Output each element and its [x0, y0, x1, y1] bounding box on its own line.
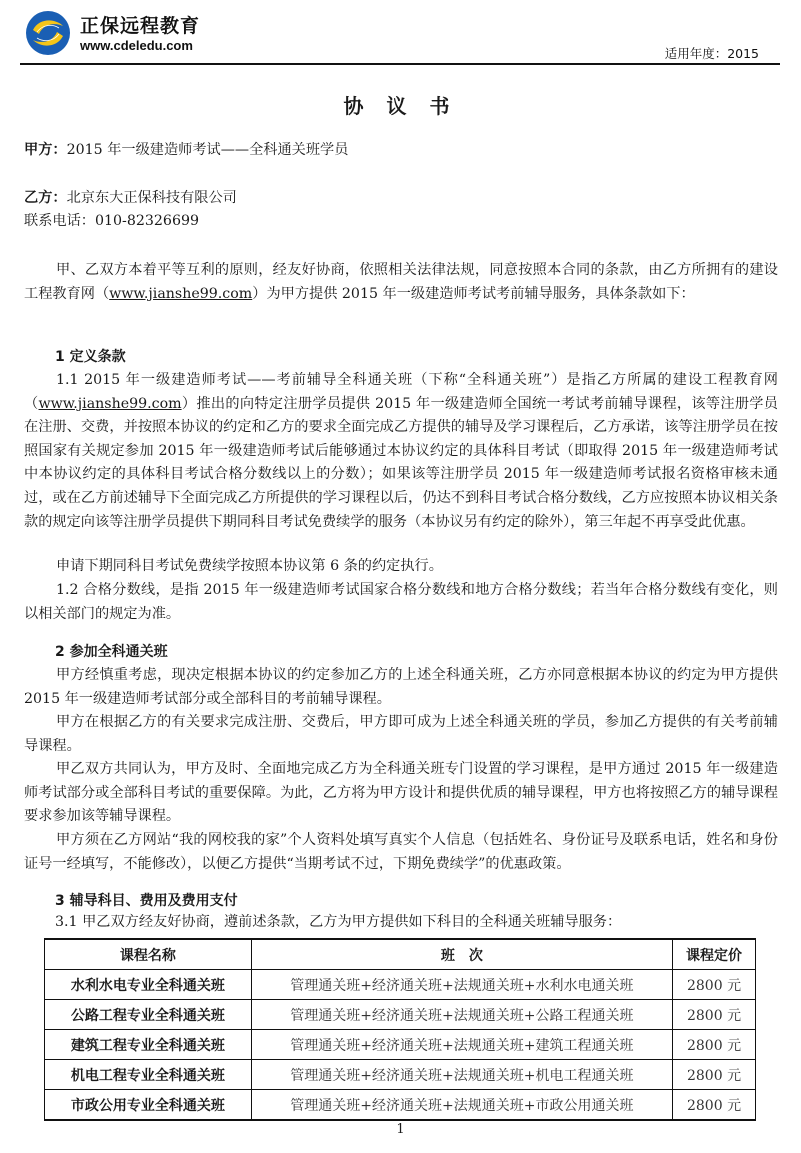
- section-3-heading: 3 辅导科目、费用及费用支付: [55, 890, 238, 910]
- section-2-p2: 甲方在根据乙方的有关要求完成注册、交费后，甲方即可成为上述全科通关班的学员，参加…: [24, 711, 778, 758]
- contact-label: 联系电话：: [24, 213, 95, 229]
- party-a-line: 甲方：2015 年一级建造师考试——全科通关班学员: [24, 138, 348, 162]
- brand-name: 正保远程教育: [80, 11, 200, 38]
- header-divider: [20, 63, 780, 65]
- col-course-name: 课程名称: [45, 939, 252, 970]
- course-price: 2800 元: [673, 1060, 756, 1090]
- course-classes: 管理通关班+经济通关班+法规通关班+水利水电通关班: [251, 970, 672, 1000]
- section-1-1-text-cont: ）推出的向特定注册学员提供 2015 年一级建造师全国统一考试考前辅导课程，该等…: [24, 396, 778, 530]
- table-header-row: 课程名称 班 次 课程定价: [45, 939, 756, 970]
- course-classes: 管理通关班+经济通关班+法规通关班+机电工程通关班: [251, 1060, 672, 1090]
- section-2-p4: 甲方须在乙方网站“我的网校我的家”个人资料处填写真实个人信息（包括姓名、身份证号…: [24, 829, 778, 876]
- intro-text-cont: ）为甲方提供 2015 年一级建造师考试考前辅导服务，具体条款如下：: [252, 286, 694, 302]
- jianshe99-link[interactable]: www.jianshe99.com: [109, 286, 252, 302]
- course-name: 公路工程专业全科通关班: [45, 1000, 252, 1030]
- course-price: 2800 元: [673, 970, 756, 1000]
- party-b-value: 北京东大正保科技有限公司: [67, 190, 237, 206]
- party-a-label: 甲方：: [24, 142, 67, 158]
- course-classes: 管理通关班+经济通关班+法规通关班+市政公用通关班: [251, 1090, 672, 1121]
- course-price: 2800 元: [673, 1030, 756, 1060]
- party-a-value: 2015 年一级建造师考试——全科通关班学员: [67, 142, 349, 158]
- section-2-p3: 甲乙双方共同认为，甲方及时、全面地完成乙方为全科通关班专门设置的学习课程，是甲方…: [24, 758, 778, 829]
- table-row: 水利水电专业全科通关班 管理通关班+经济通关班+法规通关班+水利水电通关班 28…: [45, 970, 756, 1000]
- brand-url: www.cdeledu.com: [80, 38, 193, 53]
- table-row: 公路工程专业全科通关班 管理通关班+经济通关班+法规通关班+公路工程通关班 28…: [45, 1000, 756, 1030]
- course-price: 2800 元: [673, 1090, 756, 1121]
- table-row: 建筑工程专业全科通关班 管理通关班+经济通关班+法规通关班+建筑工程通关班 28…: [45, 1030, 756, 1060]
- section-3-1-text: 3.1 甲乙双方经友好协商，遵前述条款，乙方为甲方提供如下科目的全科通关班辅导服…: [55, 910, 621, 934]
- contact-value: 010-82326699: [95, 213, 199, 229]
- course-classes: 管理通关班+经济通关班+法规通关班+公路工程通关班: [251, 1000, 672, 1030]
- course-classes: 管理通关班+经济通关班+法规通关班+建筑工程通关班: [251, 1030, 672, 1060]
- intro-paragraph: 甲、乙双方本着平等互利的原则，经友好协商，依照相关法律法规，同意按照本合同的条款…: [24, 259, 778, 306]
- course-name: 市政公用专业全科通关班: [45, 1090, 252, 1121]
- contact-line: 联系电话：010-82326699: [24, 209, 199, 233]
- page-number: 1: [0, 1122, 801, 1137]
- applicable-year: 适用年度：2015: [665, 44, 759, 62]
- party-b-label: 乙方：: [24, 190, 67, 206]
- section-2-heading: 2 参加全科通关班: [55, 641, 168, 661]
- document-title: 协 议 书: [0, 90, 801, 119]
- party-b-line: 乙方：北京东大正保科技有限公司: [24, 186, 237, 210]
- col-price: 课程定价: [673, 939, 756, 970]
- section-1-2-paragraph: 1.2 合格分数线，是指 2015 年一级建造师考试国家合格分数线和地方合格分数…: [24, 579, 778, 626]
- table-row: 市政公用专业全科通关班 管理通关班+经济通关班+法规通关班+市政公用通关班 28…: [45, 1090, 756, 1121]
- page-header: 正保远程教育 www.cdeledu.com 适用年度：2015: [0, 0, 801, 70]
- col-class-list: 班 次: [251, 939, 672, 970]
- jianshe99-link-2[interactable]: www.jianshe99.com: [39, 396, 182, 412]
- cdeledu-logo-icon: [25, 10, 71, 56]
- section-2-p1: 甲方经慎重考虑，现决定根据本协议的约定参加乙方的上述全科通关班，乙方亦同意根据本…: [24, 664, 778, 711]
- course-table: 课程名称 班 次 课程定价 水利水电专业全科通关班 管理通关班+经济通关班+法规…: [44, 938, 756, 1121]
- table-row: 机电工程专业全科通关班 管理通关班+经济通关班+法规通关班+机电工程通关班 28…: [45, 1060, 756, 1090]
- section-1-apply-paragraph: 申请下期同科目考试免费续学按照本协议第 6 条的约定执行。: [24, 555, 778, 579]
- course-name: 机电工程专业全科通关班: [45, 1060, 252, 1090]
- course-price: 2800 元: [673, 1000, 756, 1030]
- section-1-heading: 1 定义条款: [55, 346, 126, 366]
- course-name: 水利水电专业全科通关班: [45, 970, 252, 1000]
- course-name: 建筑工程专业全科通关班: [45, 1030, 252, 1060]
- section-1-1-paragraph: 1.1 2015 年一级建造师考试——考前辅导全科通关班（下称“全科通关班”）是…: [24, 369, 778, 534]
